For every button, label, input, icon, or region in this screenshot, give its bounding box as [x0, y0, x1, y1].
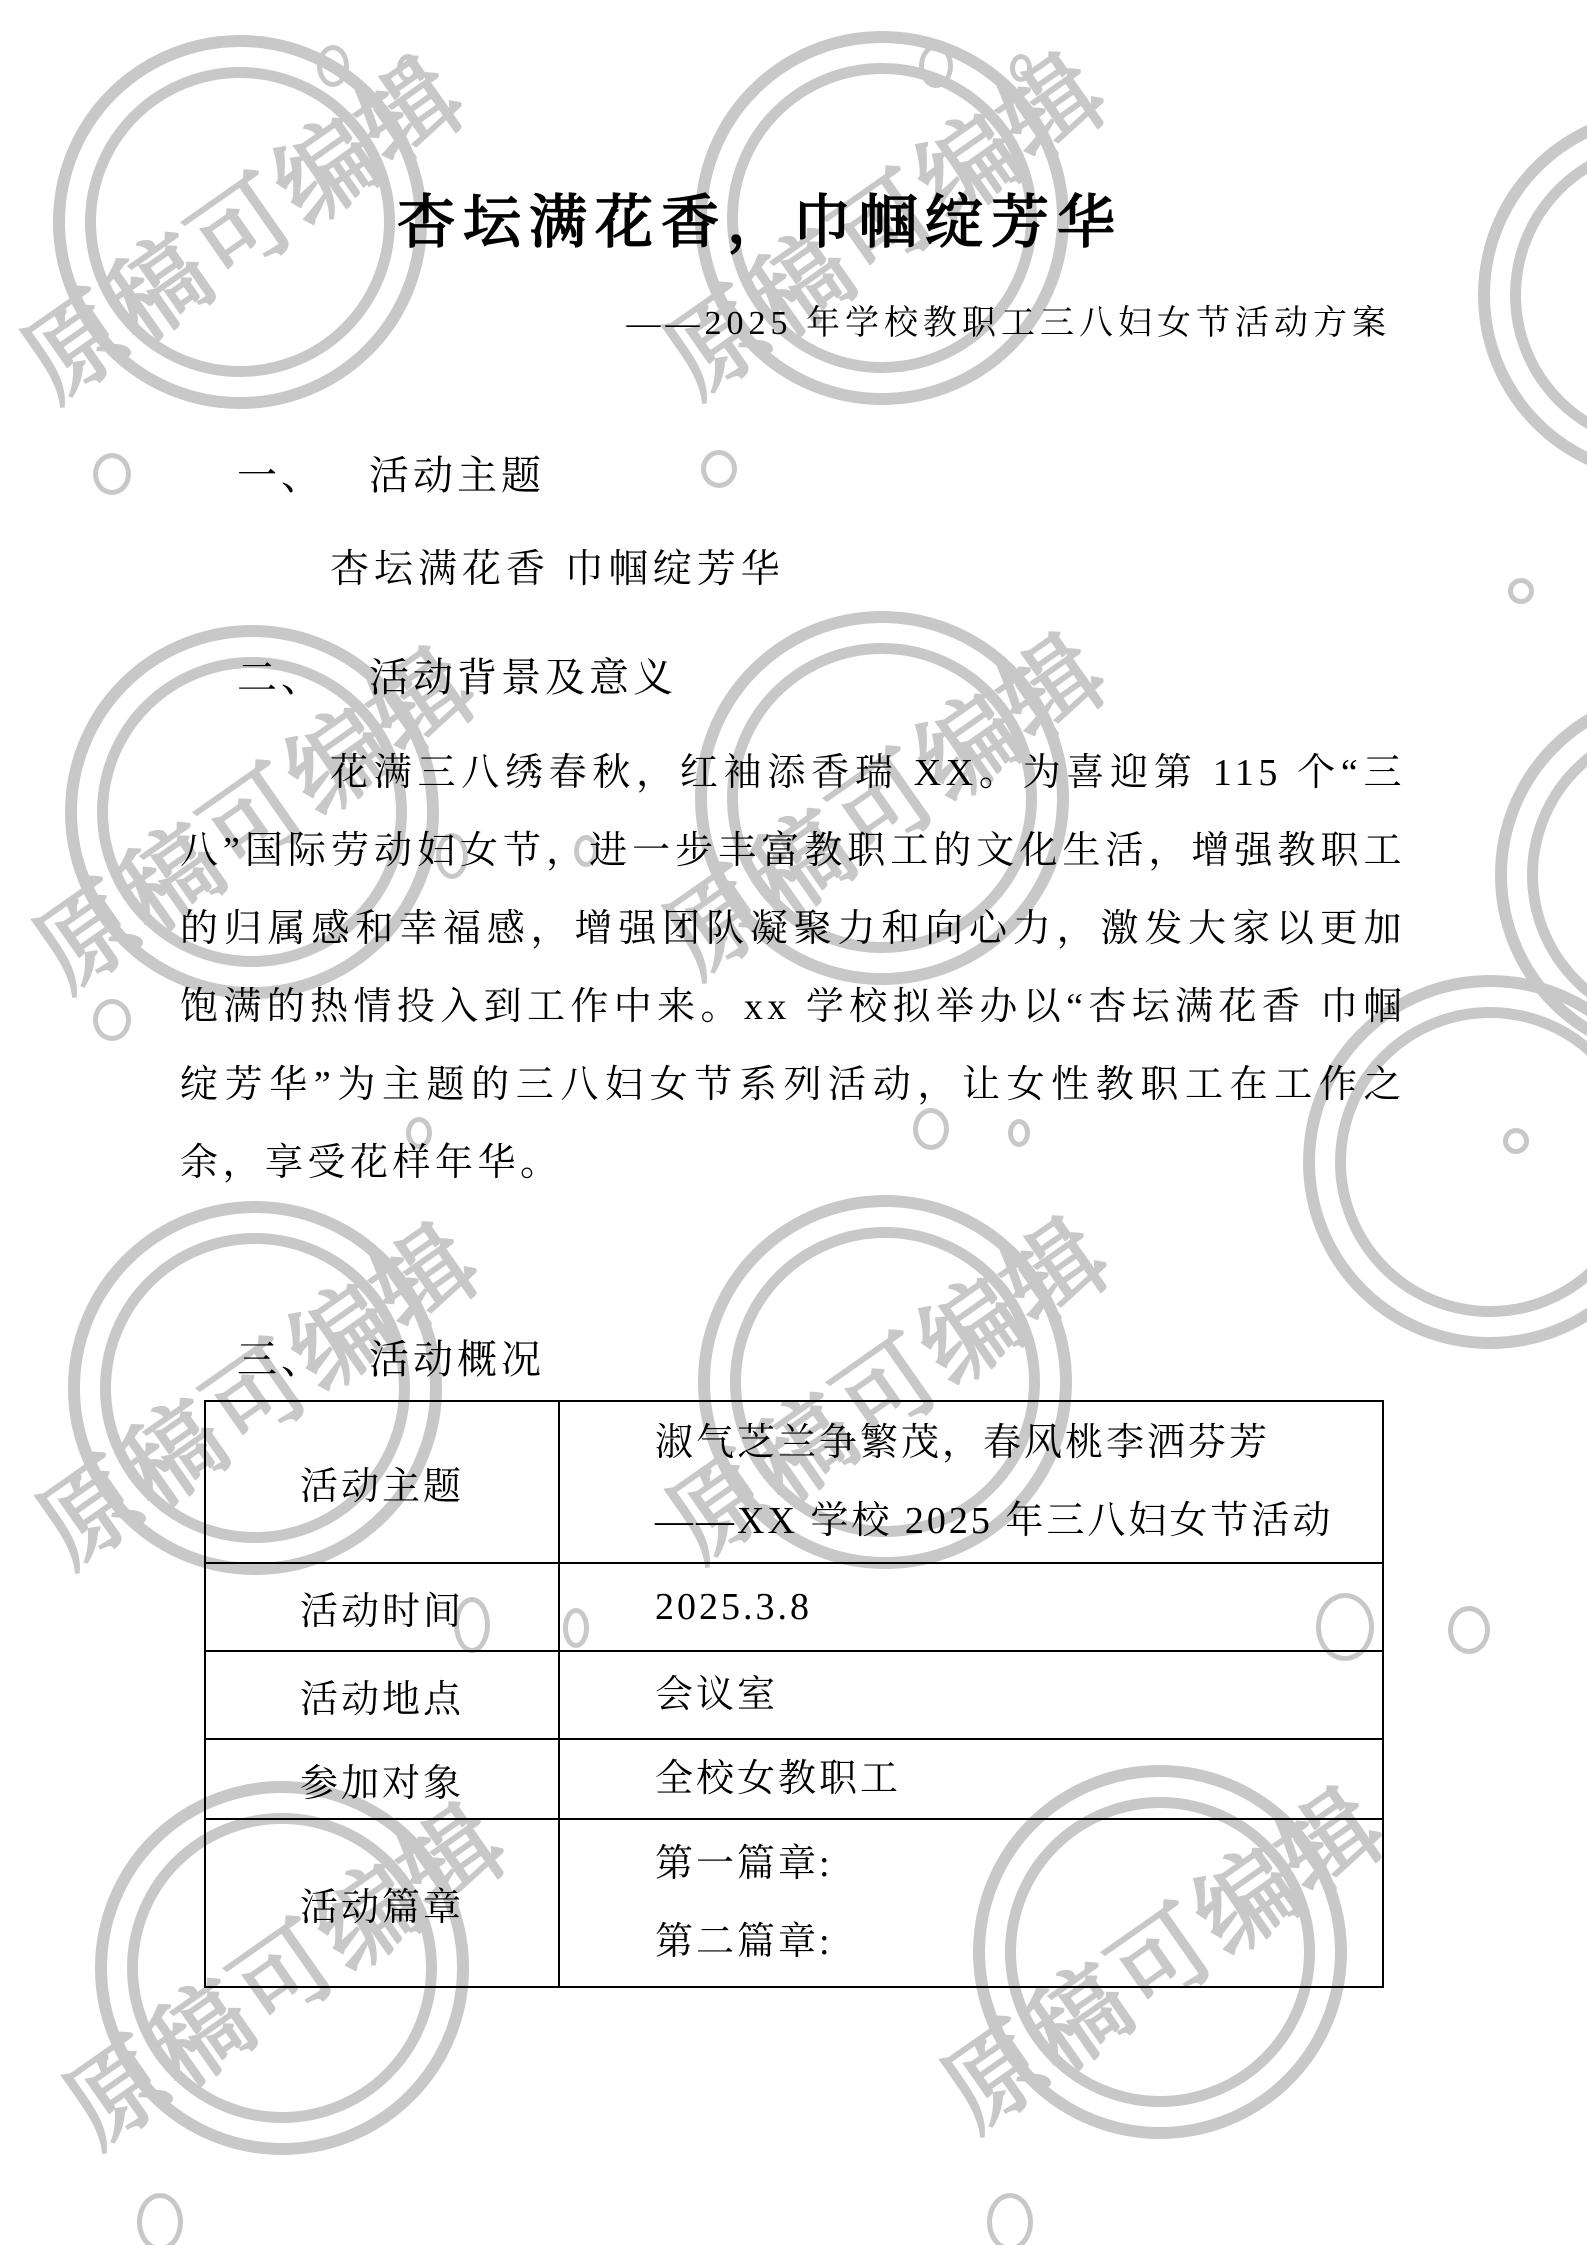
row-label: 参加对象: [205, 1739, 559, 1819]
activity-overview-table: 活动主题 淑气芝兰争繁茂，春风桃李洒芬芳 ——XX 学校 2025 年三八妇女节…: [204, 1400, 1384, 1988]
section-3-number: 三、: [237, 1337, 325, 1382]
section-2-heading: 二、活动背景及意义: [237, 652, 677, 704]
section-3-heading: 三、活动概况: [237, 1334, 545, 1386]
section-1-heading: 一、活动主题: [237, 450, 545, 502]
value-line: ——XX 学校 2025 年三八妇女节活动: [655, 1482, 1382, 1560]
section-2-title: 活动背景及意义: [369, 655, 677, 700]
row-label: 活动地点: [205, 1651, 559, 1739]
document-title: 杏坛满花香，巾帼绽芳华: [180, 186, 1340, 260]
section-2-paragraph: 花满三八绣春秋，红袖添香瑞 XX。为喜迎第 115 个“三八”国际劳动妇女节，进…: [180, 734, 1406, 1202]
row-label: 活动篇章: [205, 1819, 559, 1987]
document-subtitle: ——2025 年学校教职工三八妇女节活动方案: [180, 300, 1405, 348]
table-row-chapters: 活动篇章 第一篇章: 第二篇章:: [205, 1819, 1383, 1987]
row-value: 会议室: [559, 1651, 1383, 1739]
row-value: 淑气芝兰争繁茂，春风桃李洒芬芳 ——XX 学校 2025 年三八妇女节活动: [559, 1401, 1383, 1563]
row-value: 2025.3.8: [559, 1563, 1383, 1651]
document-page: 原稿可编辑 原稿可编辑 原稿可编辑 原稿可编辑 原稿可编辑 原稿可编辑 原稿可编…: [0, 0, 1587, 2245]
section-3-title: 活动概况: [369, 1337, 545, 1382]
row-label: 活动主题: [205, 1401, 559, 1563]
table-row-location: 活动地点 会议室: [205, 1651, 1383, 1739]
table-row-theme: 活动主题 淑气芝兰争繁茂，春风桃李洒芬芳 ——XX 学校 2025 年三八妇女节…: [205, 1401, 1383, 1563]
section-2-number: 二、: [237, 655, 325, 700]
section-1-number: 一、: [237, 453, 325, 498]
value-line: 淑气芝兰争繁茂，春风桃李洒芬芳: [655, 1404, 1382, 1482]
section-1-title: 活动主题: [369, 453, 545, 498]
value-line: 全校女教职工: [655, 1740, 1382, 1818]
value-line: 第二篇章:: [655, 1903, 1382, 1981]
row-value: 第一篇章: 第二篇章:: [559, 1819, 1383, 1987]
row-value: 全校女教职工: [559, 1739, 1383, 1819]
value-line: 会议室: [655, 1656, 1382, 1734]
section-1-body: 杏坛满花香 巾帼绽芳华: [330, 544, 785, 596]
value-line: 2025.3.8: [655, 1568, 1382, 1646]
value-line: 第一篇章:: [655, 1825, 1382, 1903]
table-row-participants: 参加对象 全校女教职工: [205, 1739, 1383, 1819]
table-row-time: 活动时间 2025.3.8: [205, 1563, 1383, 1651]
row-label: 活动时间: [205, 1563, 559, 1651]
document-content: 杏坛满花香，巾帼绽芳华 ——2025 年学校教职工三八妇女节活动方案 一、活动主…: [0, 0, 1587, 2245]
